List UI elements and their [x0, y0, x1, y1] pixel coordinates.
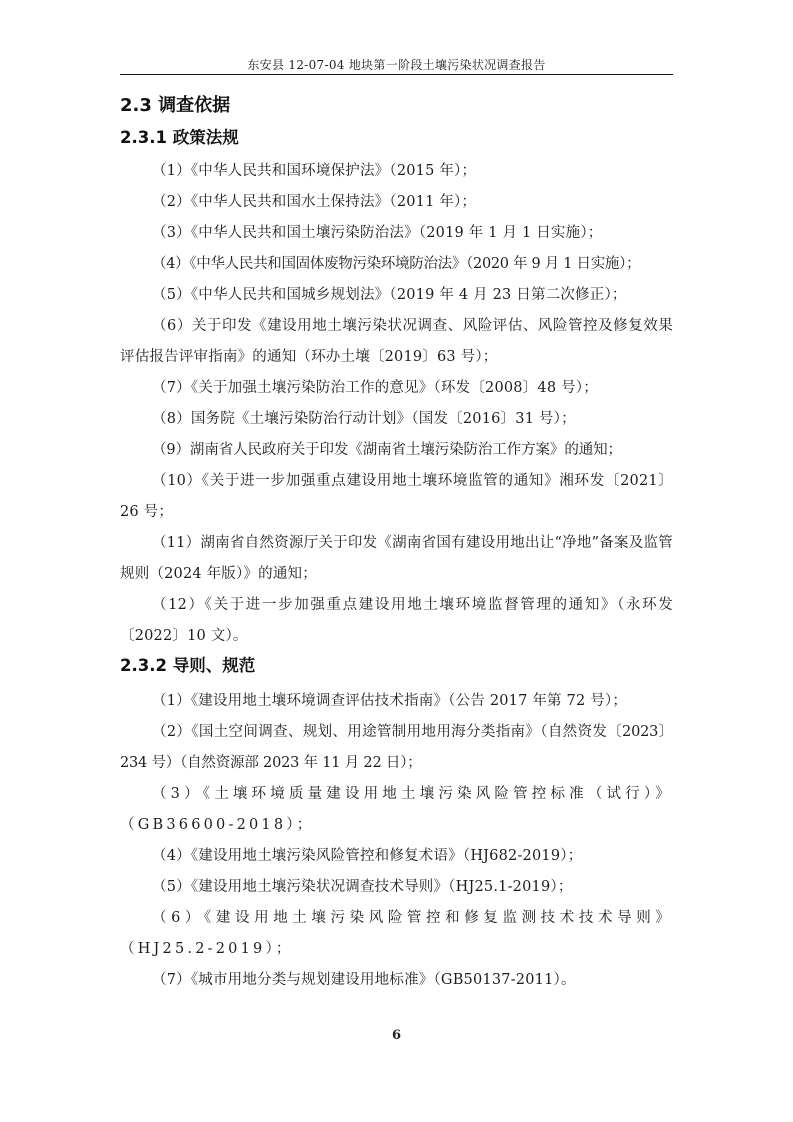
header-rule [120, 74, 673, 75]
list-item: （1）《建设用地土壤环境调查评估技术指南》（公告 2017 年第 72 号）； [120, 686, 673, 717]
list-item: （6）关于印发《建设用地土壤污染状况调查、风险评估、风险管控及修复效果评估报告评… [120, 311, 673, 373]
list-item: （8）国务院《土壤污染防治行动计划》（国发〔2016〕31 号）； [120, 404, 673, 435]
list-item: （2）《中华人民共和国水土保持法》（2011 年）； [120, 187, 673, 218]
page-content: 2.3 调查依据 2.3.1 政策法规 （1）《中华人民共和国环境保护法》（20… [120, 94, 673, 996]
list-item: （11）湖南省自然资源厅关于印发《湖南省国有建设用地出让“净地”备案及监管规则（… [120, 528, 673, 590]
list-item: （1）《中华人民共和国环境保护法》（2015 年）； [120, 156, 673, 187]
list-item: （10）《关于进一步加强重点建设用地土壤环境监管的通知》湘环发〔2021〕26 … [120, 466, 673, 528]
list-item: （3）《土壤环境质量建设用地土壤污染风险管控标准（试行）》（GB36600-20… [120, 779, 673, 841]
list-item: （5）《中华人民共和国城乡规划法》（2019 年 4 月 23 日第二次修正）； [120, 280, 673, 311]
list-item: （7）《关于加强土壤污染防治工作的意见》（环发〔2008〕48 号）； [120, 373, 673, 404]
subsection-title-policies: 2.3.1 政策法规 [120, 126, 673, 156]
running-header: 东安县 12-07-04 地块第一阶段土壤污染状况调查报告 [120, 58, 673, 72]
document-page: 东安县 12-07-04 地块第一阶段土壤污染状况调查报告 2.3 调查依据 2… [0, 0, 793, 1122]
list-item: （2）《国土空间调查、规划、用途管制用地用海分类指南》（自然资发〔2023〕23… [120, 717, 673, 779]
list-item: （4）《建设用地土壤污染风险管控和修复术语》（HJ682-2019）； [120, 841, 673, 872]
guideline-list: （1）《建设用地土壤环境调查评估技术指南》（公告 2017 年第 72 号）； … [120, 686, 673, 996]
subsection-title-guidelines: 2.3.2 导则、规范 [120, 654, 673, 686]
list-item: （4）《中华人民共和国固体废物污染环境防治法》（2020 年 9 月 1 日实施… [120, 249, 673, 280]
list-item: （9）湖南省人民政府关于印发《湖南省土壤污染防治工作方案》的通知； [120, 435, 673, 466]
section-title: 2.3 调查依据 [120, 94, 673, 126]
list-item: （12）《关于进一步加强重点建设用地土壤环境监督管理的通知》（永环发〔2022〕… [120, 590, 673, 652]
list-item: （5）《建设用地土壤污染状况调查技术导则》（HJ25.1-2019）； [120, 872, 673, 903]
policy-list: （1）《中华人民共和国环境保护法》（2015 年）； （2）《中华人民共和国水土… [120, 156, 673, 652]
list-item: （3）《中华人民共和国土壤污染防治法》（2019 年 1 月 1 日实施）； [120, 218, 673, 249]
list-item: （7）《城市用地分类与规划建设用地标准》（GB50137-2011）。 [120, 965, 673, 996]
list-item: （6）《建设用地土壤污染风险管控和修复监测技术技术导则》（HJ25.2-2019… [120, 903, 673, 965]
page-number: 6 [0, 1028, 793, 1043]
